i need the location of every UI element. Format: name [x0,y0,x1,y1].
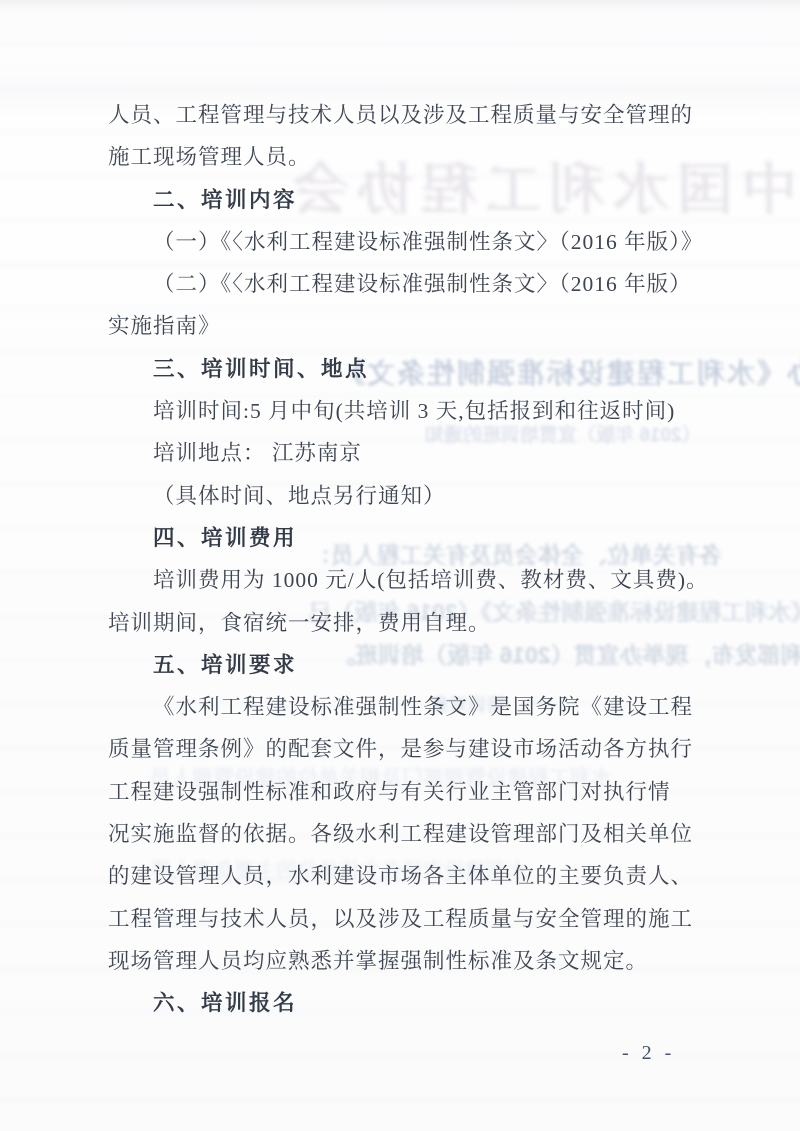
document-body: 人员、工程管理与技术人员以及涉及工程质量与安全管理的 施工现场管理人员。 二、培… [108,94,683,1025]
body-line: 实施指南》 [108,305,683,347]
section-heading-5: 五、培训要求 [108,644,683,686]
body-line: 人员、工程管理与技术人员以及涉及工程质量与安全管理的 [108,94,683,136]
page-number: - 2 - [622,1042,675,1065]
body-line: 工程管理与技术人员，以及涉及工程质量与安全管理的施工 [108,898,683,940]
training-place-line: 培训地点： 江苏南京 [108,432,683,474]
training-time-line: 培训时间:5 月中旬(共培训 3 天,包括报到和往返时间) [108,390,683,432]
section-heading-3: 三、培训时间、地点 [108,348,683,390]
body-line: （一）《〈水利工程建设标准强制性条文〉（2016 年版）》 [108,221,683,263]
body-line: 现场管理人员均应熟悉并掌握强制性标准及条文规定。 [108,940,683,982]
body-line: 《水利工程建设标准强制性条文》是国务院《建设工程 [108,686,683,728]
body-line: （二）《〈水利工程建设标准强制性条文〉（2016 年版） [108,263,683,305]
body-line: 况实施监督的依据。各级水利工程建设管理部门及相关单位 [108,813,683,855]
body-line: 施工现场管理人员。 [108,136,683,178]
document-page: 中国水利工程协会 关于举办《水利工程建设标准强制性条文》 （2016 年版）宣贯… [0,0,800,1131]
body-line: （具体时间、地点另行通知） [108,475,683,517]
training-fee-line: 培训费用为 1000 元/人(包括培训费、教材费、文具费)。 [108,559,683,601]
body-line: 的建设管理人员，水利建设市场各主体单位的主要负责人、 [108,855,683,897]
section-heading-6: 六、培训报名 [108,982,683,1024]
body-line: 质量管理条例》的配套文件，是参与建设市场活动各方执行 [108,728,683,770]
body-line: 培训期间，食宿统一安排，费用自理。 [108,602,683,644]
section-heading-2: 二、培训内容 [108,179,683,221]
body-line: 工程建设强制性标准和政府与有关行业主管部门对执行情 [108,771,683,813]
section-heading-4: 四、培训费用 [108,517,683,559]
